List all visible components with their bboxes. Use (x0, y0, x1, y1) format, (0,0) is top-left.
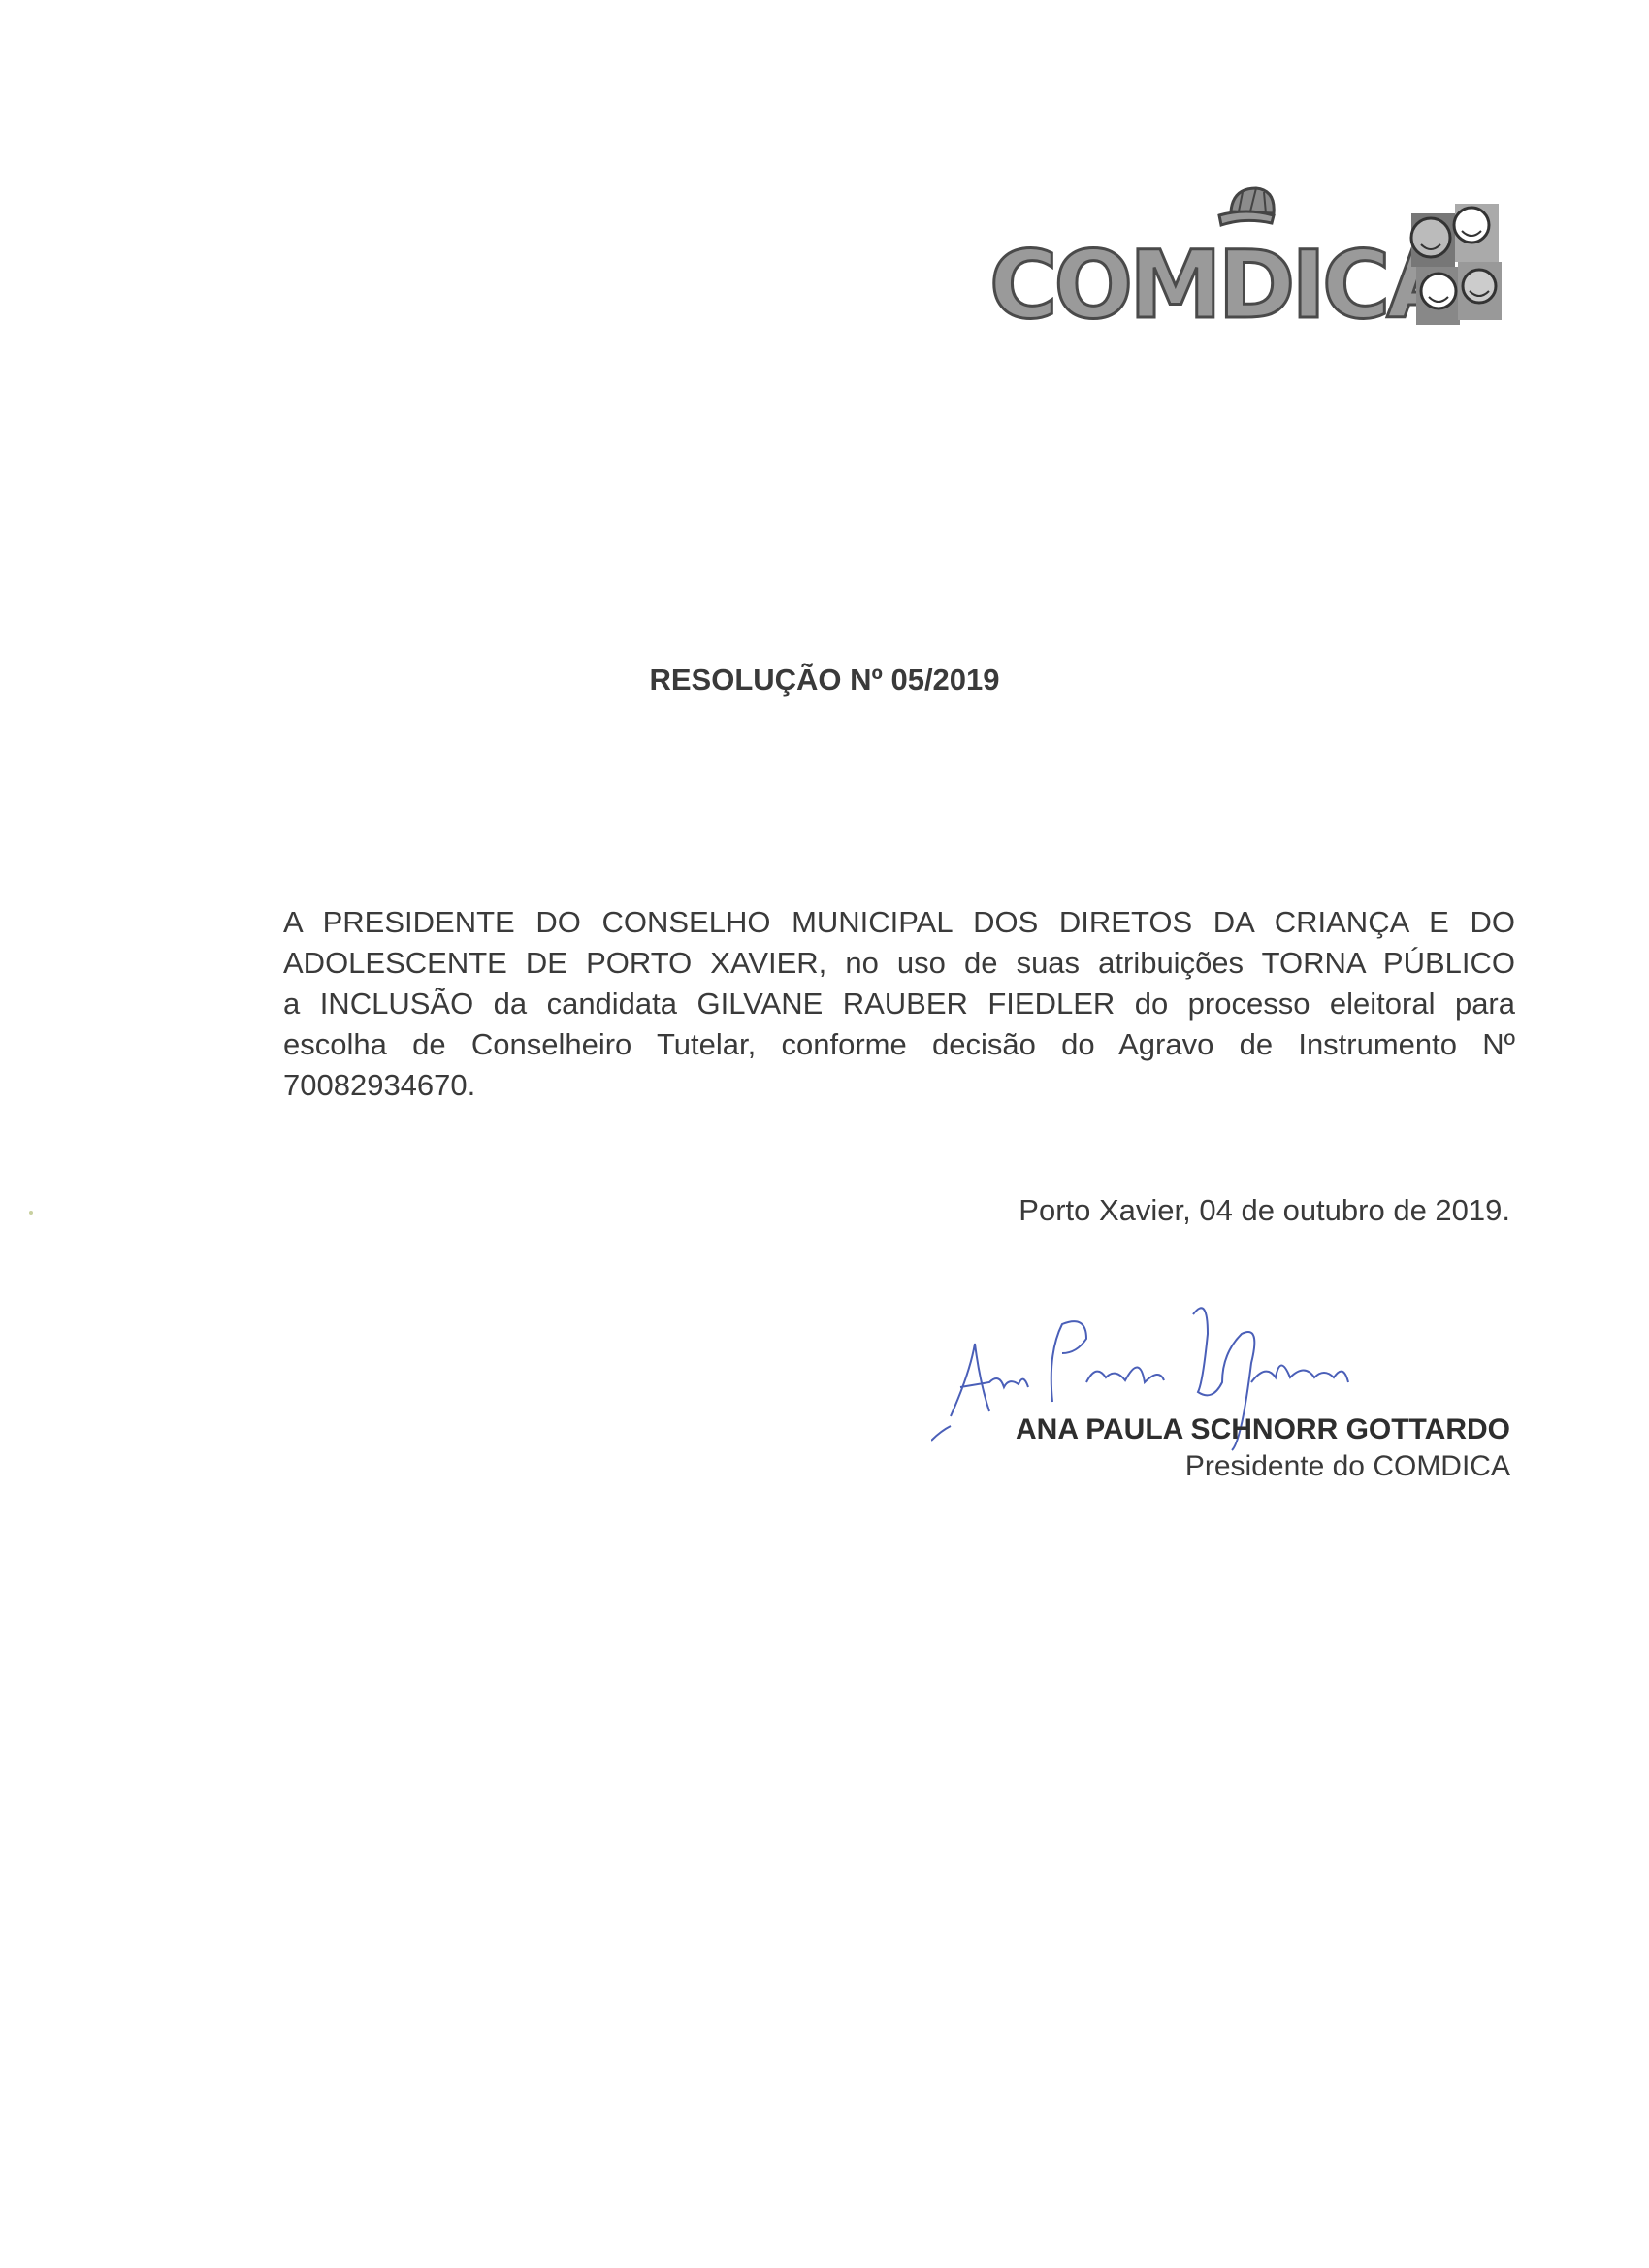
signatory-name: ANA PAULA SCHNORR GOTTARDO (1016, 1413, 1510, 1446)
children-faces-icon (1402, 194, 1508, 330)
place-date: Porto Xavier, 04 de outubro de 2019. (1018, 1193, 1510, 1228)
cap-icon (1217, 184, 1285, 233)
body-line: escolha de Conselheiro Tutelar, conforme… (283, 1024, 1515, 1065)
body-line: 70082934670. (283, 1065, 1515, 1106)
scan-speck (29, 1211, 33, 1215)
body-line: a INCLUSÃO da candidata GILVANE RAUBER F… (283, 984, 1515, 1024)
body-line: ADOLESCENTE DE PORTO XAVIER, no uso de s… (283, 943, 1515, 984)
resolution-title: RESOLUÇÃO Nº 05/2019 (0, 663, 1649, 697)
logo-wordmark: COMDICA (989, 231, 1455, 340)
body-line: A PRESIDENTE DO CONSELHO MUNICIPAL DOS D… (283, 902, 1515, 943)
comdica-logo: COMDICA (980, 175, 1523, 340)
signatory-role: Presidente do COMDICA (1185, 1450, 1510, 1483)
resolution-body: A PRESIDENTE DO CONSELHO MUNICIPAL DOS D… (283, 902, 1515, 1106)
